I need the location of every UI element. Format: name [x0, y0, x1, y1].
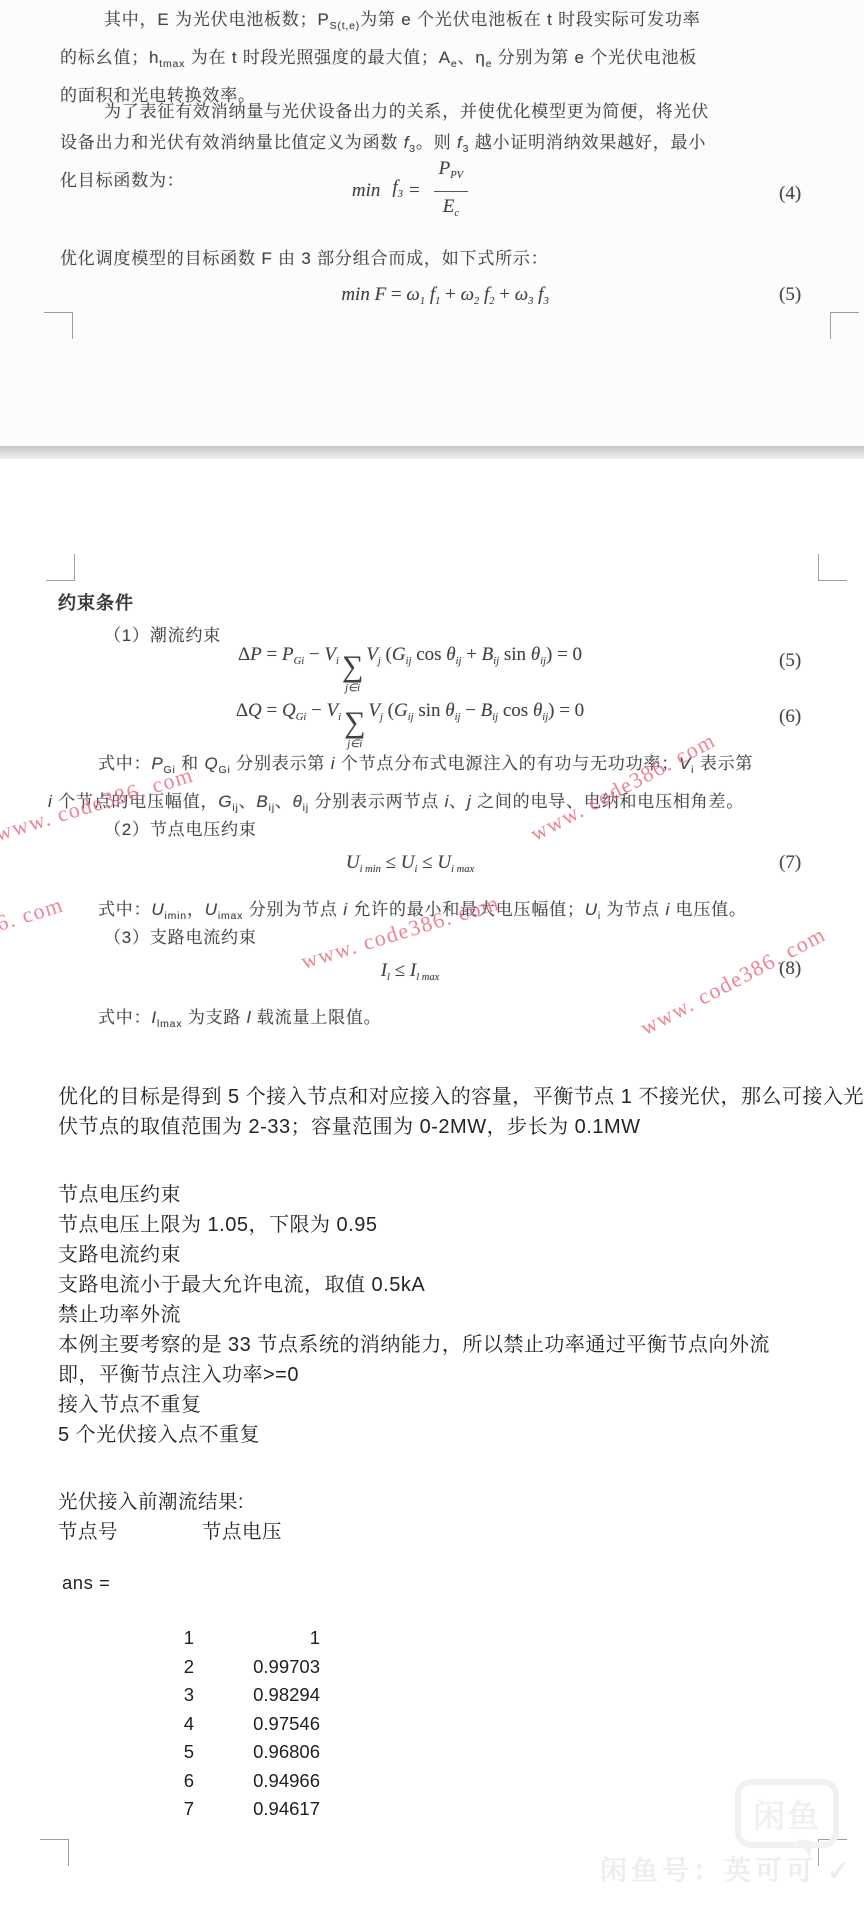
- node-voltage: 0.99703: [194, 1653, 320, 1682]
- notes-line: 节点电压上限为 1.05，下限为 0.95: [58, 1210, 770, 1240]
- node-voltage: 0.97546: [194, 1710, 320, 1739]
- node-voltage: 1: [194, 1624, 320, 1653]
- ans-label: ans =: [62, 1572, 110, 1594]
- node-number: 7: [0, 1795, 194, 1824]
- notes-line: 优化的目标是得到 5 个接入节点和对应接入的容量，平衡节点 1 不接光伏，那么可…: [58, 1082, 864, 1112]
- paragraph-intro-1: 其中，E 为光伏电池板数；PS(t,e)为第 e 个光伏电池板在 t 时段实际可…: [60, 4, 710, 111]
- notes-line: 禁止功率外流: [58, 1300, 770, 1330]
- notes-line: 接入节点不重复: [58, 1390, 770, 1420]
- crop-mark-page2-top-right: [818, 554, 847, 581]
- table-row: 20.99703: [0, 1653, 340, 1682]
- crop-mark-page1-bottom-left: [44, 312, 73, 339]
- notes-line: 即，平衡节点注入功率>=0: [58, 1360, 770, 1390]
- equation-5-objective: min F = ω1 f1 + ω2 f2 + ω3 f3: [60, 282, 760, 315]
- xianyu-logo-icon: 闲鱼: [735, 1779, 839, 1848]
- xianyu-id-line: 闲鱼号：英可可✓: [600, 1849, 854, 1888]
- node-number: 2: [0, 1653, 194, 1682]
- notes-line: 伏节点的取值范围为 2-33；容量范围为 0-2MW，步长为 0.1MW: [58, 1112, 864, 1142]
- optimization-notes-block-2: 节点电压约束 节点电压上限为 1.05，下限为 0.95 支路电流约束 支路电流…: [58, 1180, 770, 1450]
- page-separator-band: [0, 446, 864, 459]
- node-number: 4: [0, 1710, 194, 1739]
- table-row: 40.97546: [0, 1710, 340, 1739]
- column-header-voltage: 节点电压: [202, 1516, 282, 1544]
- node-number: 6: [0, 1767, 194, 1796]
- equation-4: min f3 = PPV Ec: [60, 152, 760, 230]
- constraints-heading: 约束条件: [58, 588, 134, 619]
- table-row: 70.94617: [0, 1795, 340, 1824]
- crop-mark-page2-top-left: [46, 554, 75, 581]
- node-voltage: 0.94617: [194, 1795, 320, 1824]
- notes-line: 支路电流约束: [58, 1240, 770, 1270]
- equation-power-flow-p: ΔP = PGi − Vi∑j∈iVj (Gij cos θij + Bij s…: [60, 642, 760, 695]
- notes-line: 支路电流小于最大允许电流，取值 0.5kA: [58, 1270, 770, 1300]
- equation-branch-current: Il ≤ Il max: [60, 958, 760, 991]
- node-voltage: 0.96806: [194, 1738, 320, 1767]
- equation-power-flow-p-label: (5): [779, 650, 839, 672]
- crop-mark-page2-bottom-left: [40, 1839, 69, 1866]
- constraint-3-title: （3）支路电流约束: [60, 922, 257, 953]
- min-operator: min: [352, 178, 381, 204]
- watermark-text: www. code386. com: [0, 892, 67, 977]
- f3-variable: f3: [392, 175, 403, 208]
- fraction-denominator: Ec: [434, 191, 468, 227]
- check-icon: ✓: [827, 1856, 854, 1886]
- notes-line: 节点电压约束: [58, 1180, 770, 1210]
- equation-power-flow-q-label: (6): [779, 706, 839, 728]
- table-row: 11: [0, 1624, 340, 1653]
- node-voltage: 0.98294: [194, 1681, 320, 1710]
- results-table: 11 20.99703 30.98294 40.97546 50.96806 6…: [0, 1624, 340, 1824]
- equation-node-voltage: Ui min ≤ Ui ≤ Ui max: [60, 850, 760, 883]
- table-row: 30.98294: [0, 1681, 340, 1710]
- fraction: PPV Ec: [434, 156, 468, 227]
- xianyu-logo-text: 闲鱼: [753, 1791, 821, 1837]
- optimization-notes-block-1: 优化的目标是得到 5 个接入节点和对应接入的容量，平衡节点 1 不接光伏，那么可…: [58, 1082, 864, 1142]
- fraction-numerator: PPV: [434, 156, 468, 191]
- notes-line: 本例主要考察的是 33 节点系统的消纳能力，所以禁止功率通过平衡节点向外流: [58, 1330, 770, 1360]
- results-header: 节点号 节点电压: [58, 1516, 458, 1544]
- notes-line: 5 个光伏接入点不重复: [58, 1420, 770, 1450]
- table-row: 60.94966: [0, 1767, 340, 1796]
- equation-5-objective-label: (5): [779, 284, 839, 306]
- document-screenshot: 其中，E 为光伏电池板数；PS(t,e)为第 e 个光伏电池板在 t 时段实际可…: [0, 0, 864, 1920]
- column-header-node: 节点号: [58, 1521, 118, 1543]
- results-intro: 光伏接入前潮流结果:: [58, 1486, 244, 1514]
- node-number: 1: [0, 1624, 194, 1653]
- node-number: 5: [0, 1738, 194, 1767]
- equals-sign: =: [409, 178, 420, 204]
- objective-sentence: 优化调度模型的目标函数 F 由 3 部分组合而成，如下式所示：: [60, 243, 720, 274]
- node-voltage: 0.94966: [194, 1767, 320, 1796]
- equation-node-voltage-label: (7): [779, 852, 839, 874]
- equation-4-label: (4): [779, 183, 839, 205]
- xianyu-id-text: 闲鱼号：英可可: [600, 1856, 817, 1886]
- node-number: 3: [0, 1681, 194, 1710]
- equation-power-flow-q: ΔQ = QGi − Vi∑j∈iVj (Gij sin θij − Bij c…: [60, 698, 760, 751]
- crop-mark-page1-bottom-right: [830, 312, 859, 339]
- table-row: 50.96806: [0, 1738, 340, 1767]
